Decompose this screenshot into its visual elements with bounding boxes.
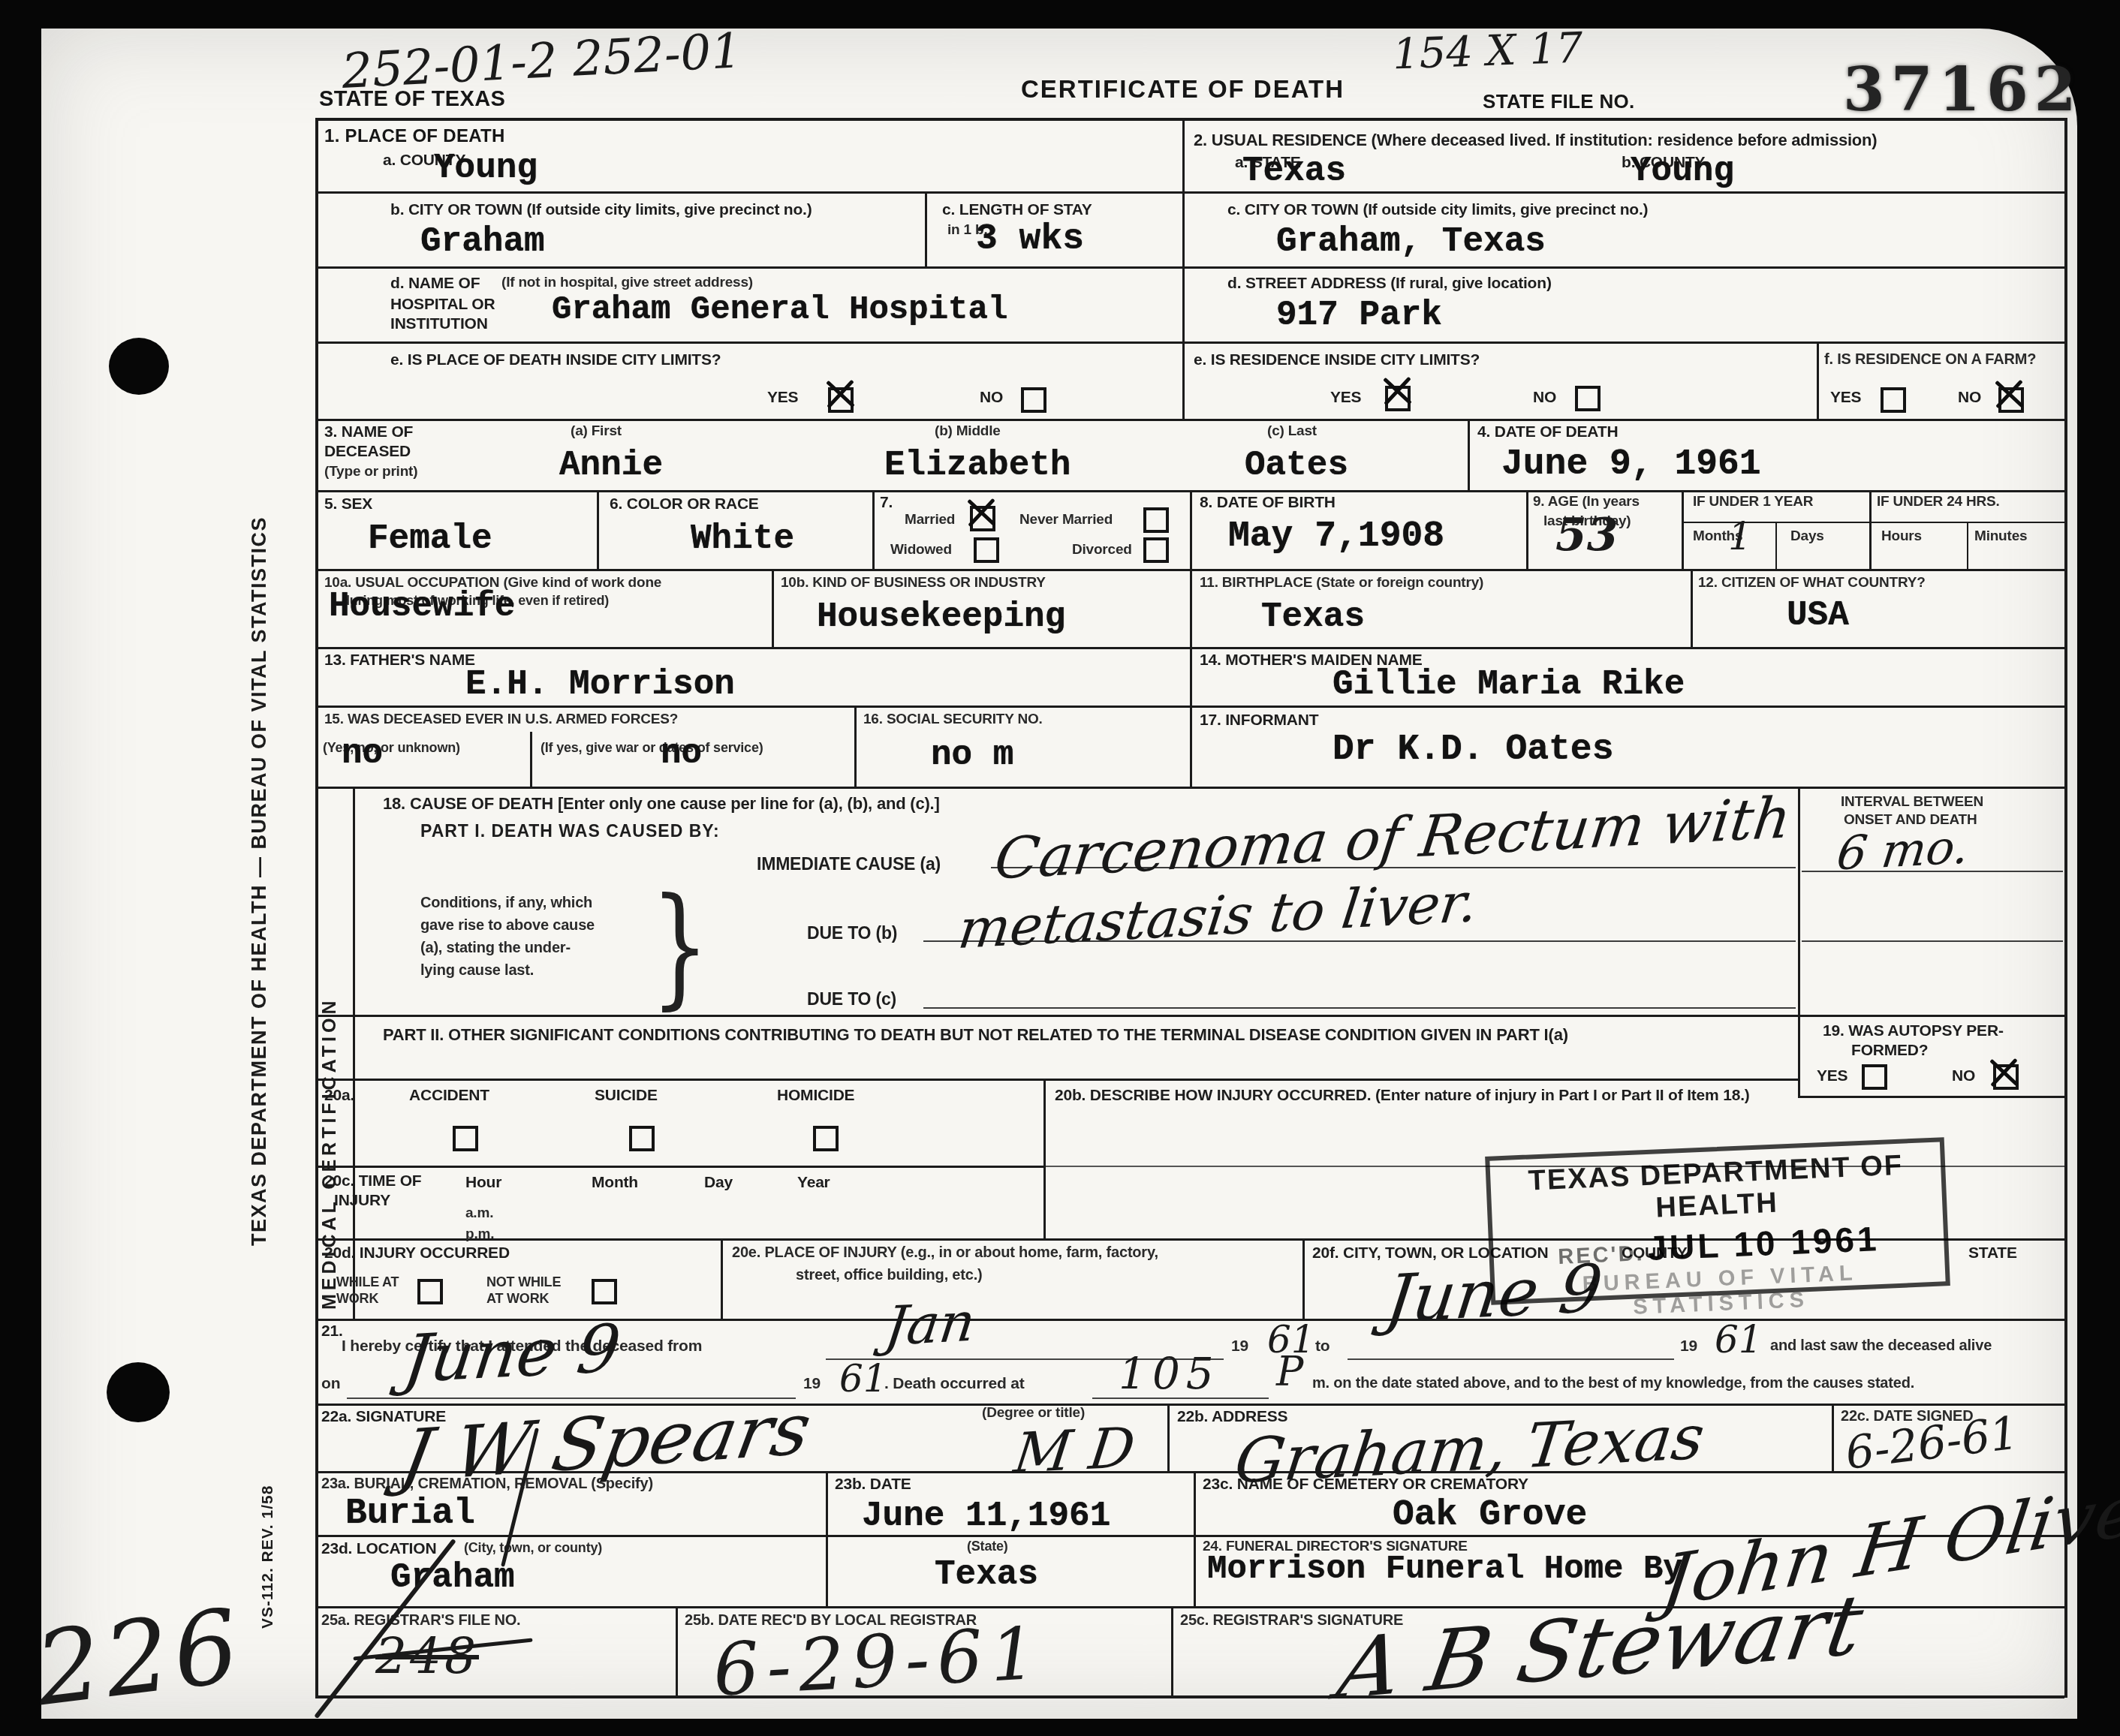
hospital-label-2: (If not in hospital, give street address… [501,275,753,291]
grid-line [772,569,774,647]
hour-label: Hour [465,1174,501,1192]
armed-forces-sub2: (If yes, give war or dates of service) [541,740,763,756]
grid-line [872,490,875,569]
armed-forces-label: 15. WAS DECEASED EVER IN U.S. ARMED FORC… [324,712,678,728]
grid-line [1190,706,1192,787]
place-of-injury-label-1: 20e. PLACE OF INJURY (e.g., in or about … [732,1244,1158,1262]
not-while-at-work-checkbox [592,1279,617,1304]
date-of-birth-label: 8. DATE OF BIRTH [1200,494,1336,512]
under-1-year-label: IF UNDER 1 YEAR [1693,494,1813,510]
grid-line [315,1695,2064,1698]
am-label: a.m. [465,1205,493,1222]
grid-line [1194,1471,1196,1606]
interval-label-1: INTERVAL BETWEEN [1841,794,1983,811]
grid-line [1043,1079,1046,1238]
grid-line [315,1015,2064,1017]
burial-value: Burial [345,1494,475,1534]
pod-inside-limits-label: e. IS PLACE OF DEATH INSIDE CITY LIMITS? [390,351,721,369]
grid-line [1468,419,1470,490]
first-name-value: Annie [559,446,663,485]
funeral-home-value: Morrison Funeral Home By [1207,1551,1683,1588]
grid-line [2064,118,2067,1698]
received-stamp: TEXAS DEPARTMENT OF HEALTH REC'D. JUL 10… [1485,1137,1950,1304]
year-label: Year [797,1174,830,1192]
grid-line [1967,522,1968,569]
hospital-value: Graham General Hospital [552,291,1007,329]
grid-line [676,1606,678,1698]
brace-glyph: } [651,871,709,1023]
grid-line [1817,341,1819,419]
birthplace-label: 11. BIRTHPLACE (State or foreign country… [1200,575,1483,591]
grid-line [1798,1096,2064,1098]
date-of-death-label: 4. DATE OF DEATH [1477,423,1618,441]
last-saw-date-handwriting: June 9 [400,1310,625,1398]
place-of-injury-label-2: street, office building, etc.) [796,1267,982,1284]
date-of-death-value: June 9, 1961 [1501,444,1761,485]
burial-location-label: 23d. LOCATION [321,1540,436,1558]
married-checkmark-icon [965,497,997,528]
grid-line [315,419,2064,421]
grid-line [315,1166,1043,1168]
divorced-label: Divorced [1072,542,1132,558]
injury-occurred-label: 20d. INJURY OCCURRED [324,1244,510,1262]
mother-name-value: Gillie Maria Rike [1333,665,1685,704]
grid-line [826,1471,828,1606]
armed-forces-value-2: no [661,734,702,773]
autopsy-label-1: 19. WAS AUTOPSY PER- [1823,1022,2004,1040]
grid-line [1775,522,1777,569]
grid-line [854,706,857,787]
grid-line [721,1238,723,1319]
pod-city-value: Graham [420,222,545,261]
residence-city-label: c. CITY OR TOWN (If outside city limits,… [1227,201,1648,219]
grid-line [923,1007,1796,1009]
on-label: on [321,1375,340,1393]
middle-name-value: Elizabeth [884,446,1071,485]
grid-line [925,191,927,266]
autopsy-yes-label: YES [1817,1067,1847,1085]
state-file-no-label: STATE FILE NO. [1483,90,1635,113]
grid-line [1167,1404,1170,1471]
grid-line [315,1079,1798,1081]
autopsy-no-checkmark-icon [1988,1057,2019,1088]
grid-line [1832,1404,1834,1471]
never-married-checkbox [1143,507,1169,533]
residence-street-label: d. STREET ADDRESS (If rural, give locati… [1227,275,1552,293]
father-name-value: E.H. Morrison [465,665,735,704]
stamp-date: JUL 10 1961 [1647,1219,1881,1268]
hospital-label-4: INSTITUTION [390,315,488,333]
never-married-label: Never Married [1019,512,1113,528]
pm-handwriting: P [1276,1348,1303,1395]
residence-limits-yes-checkmark-icon [1381,375,1413,407]
last-name-value: Oates [1245,446,1348,485]
grid-line [315,266,2064,269]
due-to-c-label: DUE TO (c) [807,989,896,1009]
marital-section-number: 7. [880,494,893,512]
residence-title: 2. USUAL RESIDENCE (Where deceased lived… [1194,131,1877,150]
grid-line [315,341,2064,344]
residence-limits-no-label: NO [1533,389,1556,407]
informant-label: 17. INFORMANT [1200,712,1318,730]
to-label: to [1315,1337,1330,1355]
homicide-checkbox [813,1126,839,1151]
middle-name-label: (b) Middle [935,423,1001,440]
age-value: 53 [1555,509,1619,561]
farm-no-label: NO [1958,389,1981,407]
not-while-label-1: NOT WHILE [486,1274,561,1290]
residence-city-value: Graham, Texas [1276,222,1546,261]
grid-line [1682,490,1684,569]
burial-location-sublabel: (City, town, or county) [464,1540,602,1556]
hospital-label-1: d. NAME OF [390,275,480,293]
grid-line [1348,1358,1674,1360]
stamp-recd-label: REC'D. [1558,1241,1645,1269]
residence-county-value: Young [1631,152,1734,191]
homicide-label: HOMICIDE [777,1087,854,1105]
citizen-label: 12. CITIZEN OF WHAT COUNTRY? [1698,575,1926,591]
residence-farm-label: f. IS RESIDENCE ON A FARM? [1824,351,2036,369]
informant-value: Dr K.D. Oates [1333,730,1613,770]
part1-label: PART I. DEATH WAS CAUSED BY: [420,821,720,841]
burial-state-value: Texas [935,1555,1038,1594]
farm-yes-label: YES [1830,389,1861,407]
name-label-3: (Type or print) [324,464,417,480]
grid-line [597,490,599,569]
pod-city-label: b. CITY OR TOWN (If outside city limits,… [390,201,812,219]
farm-no-checkmark-icon [1993,378,2025,410]
length-of-stay-value: 3 wks [976,219,1084,260]
grid-line [1526,490,1528,569]
pod-limits-yes-checkmark-icon [824,378,856,410]
race-label: 6. COLOR OR RACE [610,495,759,513]
citizen-value: USA [1787,596,1849,635]
certify-text-3: . Death occurred at [884,1375,1024,1393]
month-label: Month [592,1174,638,1192]
divorced-checkbox [1143,537,1169,563]
year-61-c: 61 [839,1357,887,1401]
grid-line [1691,569,1693,647]
handwritten-batch-number: 154 X 17 [1392,24,1584,80]
sex-label: 5. SEX [324,495,372,513]
suicide-label: SUICIDE [595,1087,658,1105]
item-21-number: 21. [321,1322,343,1340]
autopsy-yes-checkbox [1862,1064,1887,1090]
first-name-label: (a) First [571,423,622,440]
burial-date-label: 23b. DATE [835,1476,911,1494]
grid-line [315,787,2064,789]
days-label: Days [1790,528,1824,545]
grid-line [1869,490,1872,569]
describe-injury-label: 20b. DESCRIBE HOW INJURY OCCURRED. (Ente… [1055,1087,1750,1105]
punch-hole-bottom [107,1362,170,1422]
address-label: 22b. ADDRESS [1177,1408,1287,1426]
while-at-work-checkbox [417,1279,443,1304]
occupation-value: Housewife [329,587,515,626]
death-time-handwriting: 105 [1119,1348,1220,1399]
pm-label: p.m. [465,1226,494,1243]
sex-value: Female [368,519,492,558]
not-while-label-2: AT WORK [486,1291,549,1307]
certify-text-2: and last saw the deceased alive [1770,1337,1992,1355]
grid-line [353,787,355,1319]
grid-line [1190,647,1192,706]
while-at-work-label-1: WHILE AT [336,1274,399,1290]
residence-limits-yes-label: YES [1330,389,1361,407]
hospital-label-3: HOSPITAL OR [390,296,495,314]
last-name-label: (c) Last [1267,423,1317,440]
day-label: Day [704,1174,733,1192]
accident-checkbox [453,1126,478,1151]
punch-hole-top [109,338,169,395]
cause-of-death-title: 18. CAUSE OF DEATH [Enter only one cause… [383,794,940,814]
pod-limits-no-checkbox [1021,387,1046,413]
minutes-label: Minutes [1974,528,2027,545]
industry-value: Housekeeping [817,597,1065,636]
place-of-death-title: 1. PLACE OF DEATH [324,126,505,147]
industry-label: 10b. KIND OF BUSINESS OR INDUSTRY [781,575,1046,591]
grid-line [1182,118,1185,419]
grid-line [315,118,318,1698]
pod-limits-yes-label: YES [767,389,798,407]
part2-text: PART II. OTHER SIGNIFICANT CONDITIONS CO… [383,1025,1568,1045]
pod-county-value: Young [434,149,538,188]
immediate-cause-label: IMMEDIATE CAUSE (a) [757,854,941,874]
armed-forces-value-1: no [342,734,383,773]
ssn-label: 16. SOCIAL SECURITY NO. [863,712,1043,728]
months-value: 1 [1728,515,1752,558]
accident-label: ACCIDENT [409,1087,489,1105]
cemetery-value: Oak Grove [1393,1495,1587,1536]
race-value: White [691,519,794,558]
burial-location-value: Graham [390,1558,515,1597]
certificate-title: CERTIFICATE OF DEATH [1021,75,1345,104]
suicide-checkbox [629,1126,655,1151]
sidebar-department-text: TEXAS DEPARTMENT OF HEALTH — BUREAU OF V… [248,240,271,1246]
grid-line [1171,1606,1173,1698]
married-label: Married [905,512,955,528]
handwritten-page-number: 226 [29,1587,249,1728]
farm-yes-checkbox [1881,387,1906,413]
length-of-stay-label: c. LENGTH OF STAY [942,201,1092,219]
name-label-1: 3. NAME OF [324,423,413,441]
age-label-1: 9. AGE (In years [1533,494,1640,510]
death-certificate-scan: 252-01-2 252-01 STATE OF TEXAS CERTIFICA… [0,0,2120,1736]
date-of-birth-value: May 7,1908 [1228,516,1444,557]
hours-label: Hours [1881,528,1922,545]
grid-line [1190,490,1192,569]
year-61-b: 61 [1715,1318,1763,1361]
conditions-note: Conditions, if any, which gave rise to a… [420,892,597,982]
burial-state-label: (State) [967,1539,1008,1554]
autopsy-no-label: NO [1952,1067,1975,1085]
under-24-hrs-label: IF UNDER 24 HRS. [1877,494,2000,510]
printed-19-b: 19 [1680,1337,1697,1355]
while-at-work-label-2: WORK [336,1291,378,1307]
degree-handwriting: M D [1010,1416,1139,1486]
ssn-value: no m [931,736,1013,775]
grid-line [1798,787,1800,1096]
residence-limits-no-checkbox [1575,386,1601,411]
time-of-injury-label-1: 20c. TIME OF [324,1172,421,1190]
widowed-label: Widowed [890,542,952,558]
injury-state-label: STATE [1968,1244,2017,1262]
time-of-injury-label-2: INJURY [334,1192,390,1210]
burial-date-value: June 11,1961 [862,1497,1110,1536]
pod-limits-no-label: NO [980,389,1003,407]
grid-line [1302,1238,1305,1319]
due-to-b-label: DUE TO (b) [807,923,897,943]
grid-line [1190,569,1192,647]
attended-from-handwriting: Jan [881,1290,978,1358]
printed-19-a: 19 [1231,1337,1248,1355]
widowed-checkbox [974,537,999,563]
father-name-label: 13. FATHER'S NAME [324,651,475,669]
residence-state-value: Texas [1242,152,1346,191]
birthplace-value: Texas [1261,597,1365,636]
autopsy-label-2: FORMED? [1851,1042,1928,1060]
form-number-text: VS-112. REV. 1/58 [259,1441,277,1629]
grid-line [315,118,2064,121]
state-file-number-stamp: 37162 [1843,54,2082,125]
grid-line [315,191,2064,194]
name-label-2: DECEASED [324,443,411,461]
interval-handwriting: 6 mo. [1834,819,1972,880]
grid-line [1802,940,2063,942]
item-20a-number: 20a. [324,1087,354,1105]
grid-line [530,732,532,787]
residence-limits-label: e. IS RESIDENCE INSIDE CITY LIMITS? [1194,351,1480,369]
residence-street-value: 917 Park [1276,296,1442,335]
date-received-handwriting: 6-29-61 [711,1611,1046,1713]
certify-text-4: m. on the date stated above, and to the … [1312,1375,1914,1392]
